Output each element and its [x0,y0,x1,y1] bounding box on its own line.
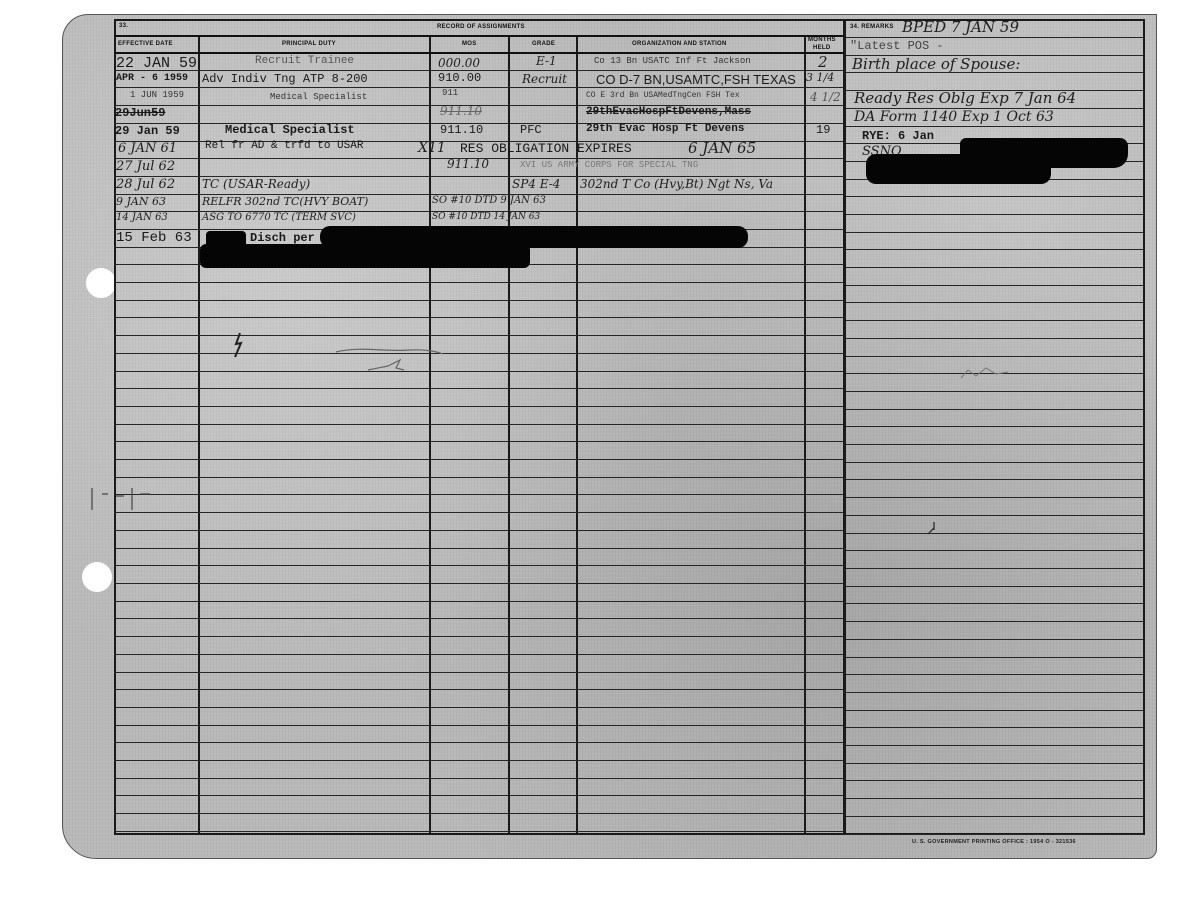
ruled-line [846,639,1143,640]
ruled-line [846,798,1143,799]
ruled-line [846,763,1143,764]
ruled-line [114,742,844,743]
ruled-line [114,548,844,549]
col-header-principal-duty: PRINCIPAL DUTY [282,41,336,47]
obligation-faint-text: XVI US ARMY CORPS FOR SPECIAL TNG [520,161,698,170]
row7-date: 27 Jul 62 [116,160,175,173]
row1-months: 2 [818,55,828,70]
ruled-line [846,727,1143,728]
row4-date: 29Jun59 [115,107,165,119]
ruled-line [846,497,1143,498]
row8-duty: TC (USAR-Ready) [202,178,310,190]
ruled-line [114,335,844,336]
row7-mos: 911.10 [447,158,489,170]
row10-order: SO #10 DTD 14 JAN 63 [432,213,540,222]
col-header-effective-date: EFFECTIVE DATE [118,41,173,47]
section-title: RECORD OF ASSIGNMENTS [437,24,525,30]
row1-mos: 000.00 [438,57,480,69]
row3-date: 1 JUN 1959 [130,91,184,100]
ruled-line [114,601,844,602]
ruled-line [846,391,1143,392]
remarks-label: 34. REMARKS [850,24,894,30]
ruled-line [114,87,844,88]
ruled-line [114,689,844,690]
ruled-line [114,654,844,655]
ruled-line [114,282,844,283]
ruled-line [846,426,1143,427]
ruled-line [846,196,1143,197]
ruled-line [846,745,1143,746]
ruled-line [114,618,844,619]
ruled-line [114,778,844,779]
redaction-block [866,154,1051,184]
row3-org: CO E 3rd Bn USAMedTngCen FSH Tex [586,92,740,100]
ruled-line [846,320,1143,321]
row3-months: 4 1/2 [810,91,841,103]
ruled-line [114,795,844,796]
col-header-grade: GRADE [532,41,555,47]
ruled-line [846,586,1143,587]
row5-duty: Medical Specialist [225,124,355,136]
margin-scrawl [62,484,182,514]
row2-date: APR - 6 1959 [116,74,188,84]
ruled-line [114,530,844,531]
ruled-line [846,603,1143,604]
ruled-line [846,834,1143,835]
ruled-line [846,214,1143,215]
ruled-line [114,424,844,425]
ruled-line [114,441,844,442]
obligation-note: RES OBLIGATION EXPIRES [460,142,632,155]
row10-duty: ASG TO 6770 TC (TERM SVC) [202,213,356,223]
ruled-line [846,533,1143,534]
ruled-line [846,302,1143,303]
row8-org: 302nd T Co (Hvy,Bt) Ngt Ns, Va [580,178,773,190]
ruled-line [846,338,1143,339]
col-divider-org [804,36,806,835]
ruled-line [114,371,844,372]
ruled-line [114,760,844,761]
ruled-line [114,35,844,37]
ruled-line [114,494,844,495]
ruled-line [114,477,844,478]
remarks-header-note: BPED 7 JAN 59 [902,20,1019,35]
obligation-date: 6 JAN 65 [688,141,756,156]
ruled-line [114,512,844,513]
row2-org: CO D-7 BN,USAMTC,FSH TEXAS [596,73,796,86]
col-divider-date [198,36,200,835]
punch-hole-top [86,268,116,298]
ruled-line [846,674,1143,675]
ruled-line [114,52,844,54]
row1-duty: Recruit Trainee [255,56,354,67]
col-header-held: HELD [813,45,831,51]
row5-org: 29th Evac Hosp Ft Devens [586,124,744,135]
ruled-line [114,707,844,708]
row2-months: 3 1/4 [806,72,834,83]
row6-date: 6 JAN 61 [118,142,177,155]
ruled-line [846,568,1143,569]
ruled-line [114,565,844,566]
row1-org: Co 13 Bn USATC Inf Ft Jackson [594,57,751,66]
col-header-organization: ORGANIZATION AND STATION [632,41,727,47]
ruled-line [114,353,844,354]
row11-duty: Disch per [250,232,315,244]
ruled-line [846,285,1143,286]
ruled-line [846,621,1143,622]
row3-mos: 911 [442,89,458,98]
row4-org: 29thEvacHospFtDevens,Mass [586,107,751,118]
ruled-line [846,657,1143,658]
remarks-line-3: Ready Res Oblg Exp 7 Jan 64 [854,91,1076,106]
ruled-line [114,317,844,318]
ruled-line [114,672,844,673]
punch-hole-bottom [82,562,112,592]
ruled-line [114,388,844,389]
row5-date: 29 Jan 59 [115,125,180,137]
row5-grade: PFC [520,124,542,136]
ruled-line [114,459,844,460]
ruled-line [846,550,1143,551]
ruled-line [846,515,1143,516]
ruled-line [114,300,844,301]
remarks-line-2: Birth place of Spouse: [852,57,1020,72]
row4-mos: 911.10 [440,105,482,117]
row1-date: 22 JAN 59 [116,56,197,71]
ruled-line [846,479,1143,480]
row5-mos: 911.10 [440,124,483,136]
pen-tick-mark [924,520,944,540]
remarks-line-4: DA Form 1140 Exp 1 Oct 63 [854,110,1054,124]
ruled-line [846,232,1143,233]
ruled-line [114,725,844,726]
ruled-line [846,710,1143,711]
ruled-line [114,831,844,832]
remarks-line-1: "Latest POS - [850,40,944,52]
pen-scribble-marks [228,330,448,380]
ruled-line [846,409,1143,410]
ruled-line [846,267,1143,268]
row8-date: 28 Jul 62 [116,178,175,191]
row11-date: 15 Feb 63 [116,231,192,245]
row8-grade: SP4 E-4 [512,178,560,190]
ruled-line [846,37,1143,38]
row2-duty: Adv Indiv Tng ATP 8-200 [202,73,368,85]
col-header-mos: MOS [462,41,477,47]
ruled-line [846,692,1143,693]
row2-grade: Recruit [522,73,567,85]
ruled-line [846,462,1143,463]
remarks-line-5: RYE: 6 Jan [862,130,934,142]
ruled-line [846,816,1143,817]
ruled-line [114,406,844,407]
row10-date: 14 JAN 63 [116,213,168,223]
row9-duty: RELFR 302nd TC(HVY BOAT) [202,196,368,207]
row9-order: SO #10 DTD 9 JAN 63 [432,196,546,206]
section-number: 33. [119,23,128,29]
row3-duty: Medical Specialist [270,93,367,102]
ruled-line [846,356,1143,357]
ruled-line [846,780,1143,781]
pencil-mark [956,360,1026,390]
printing-office-imprint: U. S. GOVERNMENT PRINTING OFFICE : 1954 … [912,839,1076,845]
ruled-line [846,444,1143,445]
col-header-months: MONTHS [808,37,836,43]
ruled-line [846,249,1143,250]
row5-months: 19 [816,124,830,136]
ruled-line [114,636,844,637]
row1-grade: E-1 [536,55,557,67]
row6-duty: Rel fr AD & trfd to USAR [205,141,363,152]
row2-mos: 910.00 [438,72,481,84]
ruled-line [846,126,1143,127]
ruled-line [114,583,844,584]
row6-mos-mark: X11 [418,141,446,155]
redaction-block [320,226,748,248]
row9-date: 9 JAN 63 [116,196,166,207]
ruled-line [114,813,844,814]
